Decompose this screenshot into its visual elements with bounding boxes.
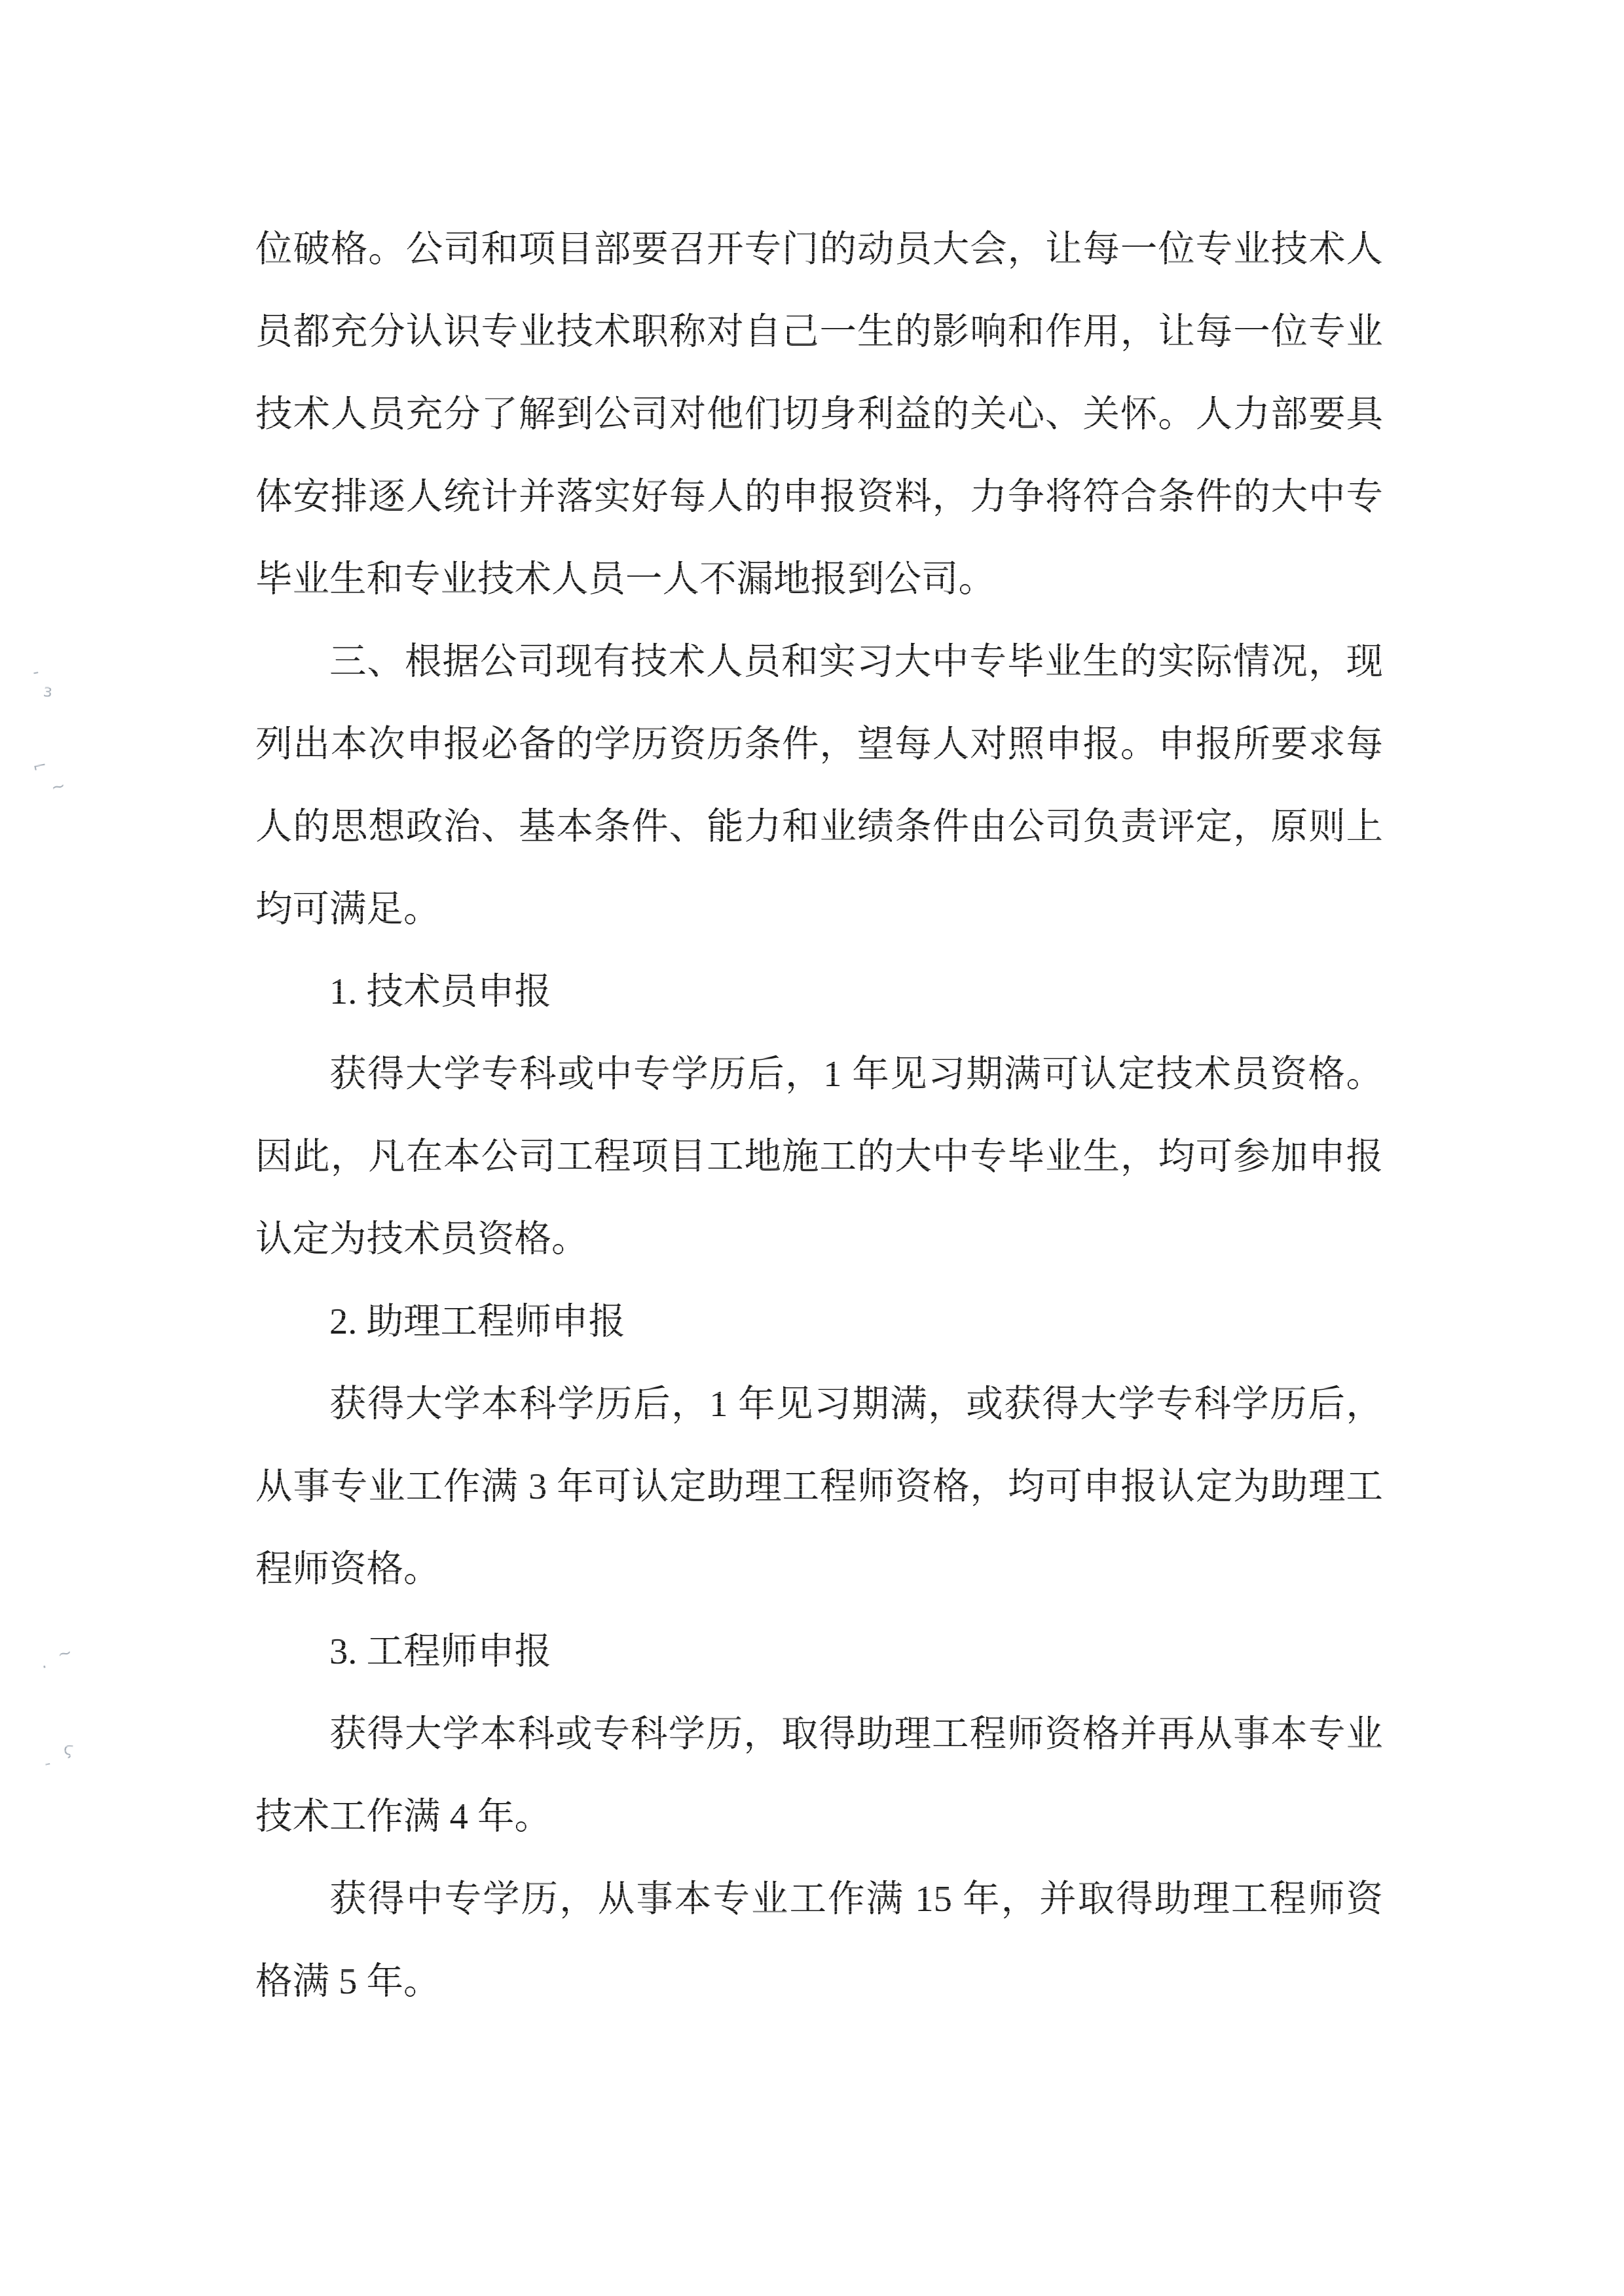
text-line: 位破格。公司和项目部要召开专门的动员大会，让每一位专业技术人 <box>255 208 1383 291</box>
ink-smudge: ϛ <box>63 1740 74 1758</box>
text-line: 毕业生和专业技术人员一人不漏地报到公司。 <box>255 538 1383 621</box>
text-line-heading: 2. 助理工程师申报 <box>255 1281 1383 1363</box>
text-line: 三、根据公司现有技术人员和实习大中专毕业生的实际情况，现 <box>255 621 1383 703</box>
text-line: 认定为技术员资格。 <box>255 1198 1383 1281</box>
text-line: 从事专业工作满 3 年可认定助理工程师资格，均可申报认定为助理工 <box>255 1446 1383 1528</box>
ink-smudge: ‑ <box>31 663 41 681</box>
document-body: 位破格。公司和项目部要召开专门的动员大会，让每一位专业技术人 员都充分认识专业技… <box>255 208 1383 2023</box>
text-line: 技术工作满 4 年。 <box>255 1776 1383 1858</box>
text-line: 均可满足。 <box>255 868 1383 951</box>
text-line: 获得中专学历，从事本专业工作满 15 年，并取得助理工程师资 <box>255 1858 1383 1941</box>
text-line: 获得大学本科或专科学历，取得助理工程师资格并再从事本专业 <box>255 1693 1383 1776</box>
text-line: 获得大学本科学历后，1 年见习期满，或获得大学专科学历后， <box>255 1363 1383 1446</box>
ink-smudge: ~ <box>56 1644 74 1664</box>
ink-smudge: · <box>40 1658 48 1676</box>
text-line: 人的思想政治、基本条件、能力和业绩条件由公司负责评定，原则上 <box>255 786 1383 868</box>
text-line: 格满 5 年。 <box>255 1941 1383 2023</box>
text-line: 技术人员充分了解到公司对他们切身利益的关心、关怀。人力部要具 <box>255 373 1383 456</box>
ink-smudge: ⌐ <box>31 757 49 776</box>
text-line: 员都充分认识专业技术职称对自己一生的影响和作用，让每一位专业 <box>255 291 1383 373</box>
ink-smudge: ~ <box>50 777 67 797</box>
text-line: 获得大学专科或中专学历后，1 年见习期满可认定技术员资格。 <box>255 1033 1383 1116</box>
text-line: 程师资格。 <box>255 1528 1383 1611</box>
ink-smudge: ɜ <box>43 682 53 700</box>
text-line-heading: 3. 工程师申报 <box>255 1611 1383 1693</box>
scanned-document-page: 位破格。公司和项目部要召开专门的动员大会，让每一位专业技术人 员都充分认识专业技… <box>0 0 1624 2296</box>
text-line: 因此，凡在本公司工程项目工地施工的大中专毕业生，均可参加申报 <box>255 1116 1383 1198</box>
ink-smudge: ‑ <box>43 1755 52 1772</box>
text-line: 体安排逐人统计并落实好每人的申报资料，力争将符合条件的大中专 <box>255 456 1383 538</box>
text-line-heading: 1. 技术员申报 <box>255 951 1383 1033</box>
text-line: 列出本次申报必备的学历资历条件，望每人对照申报。申报所要求每 <box>255 703 1383 786</box>
